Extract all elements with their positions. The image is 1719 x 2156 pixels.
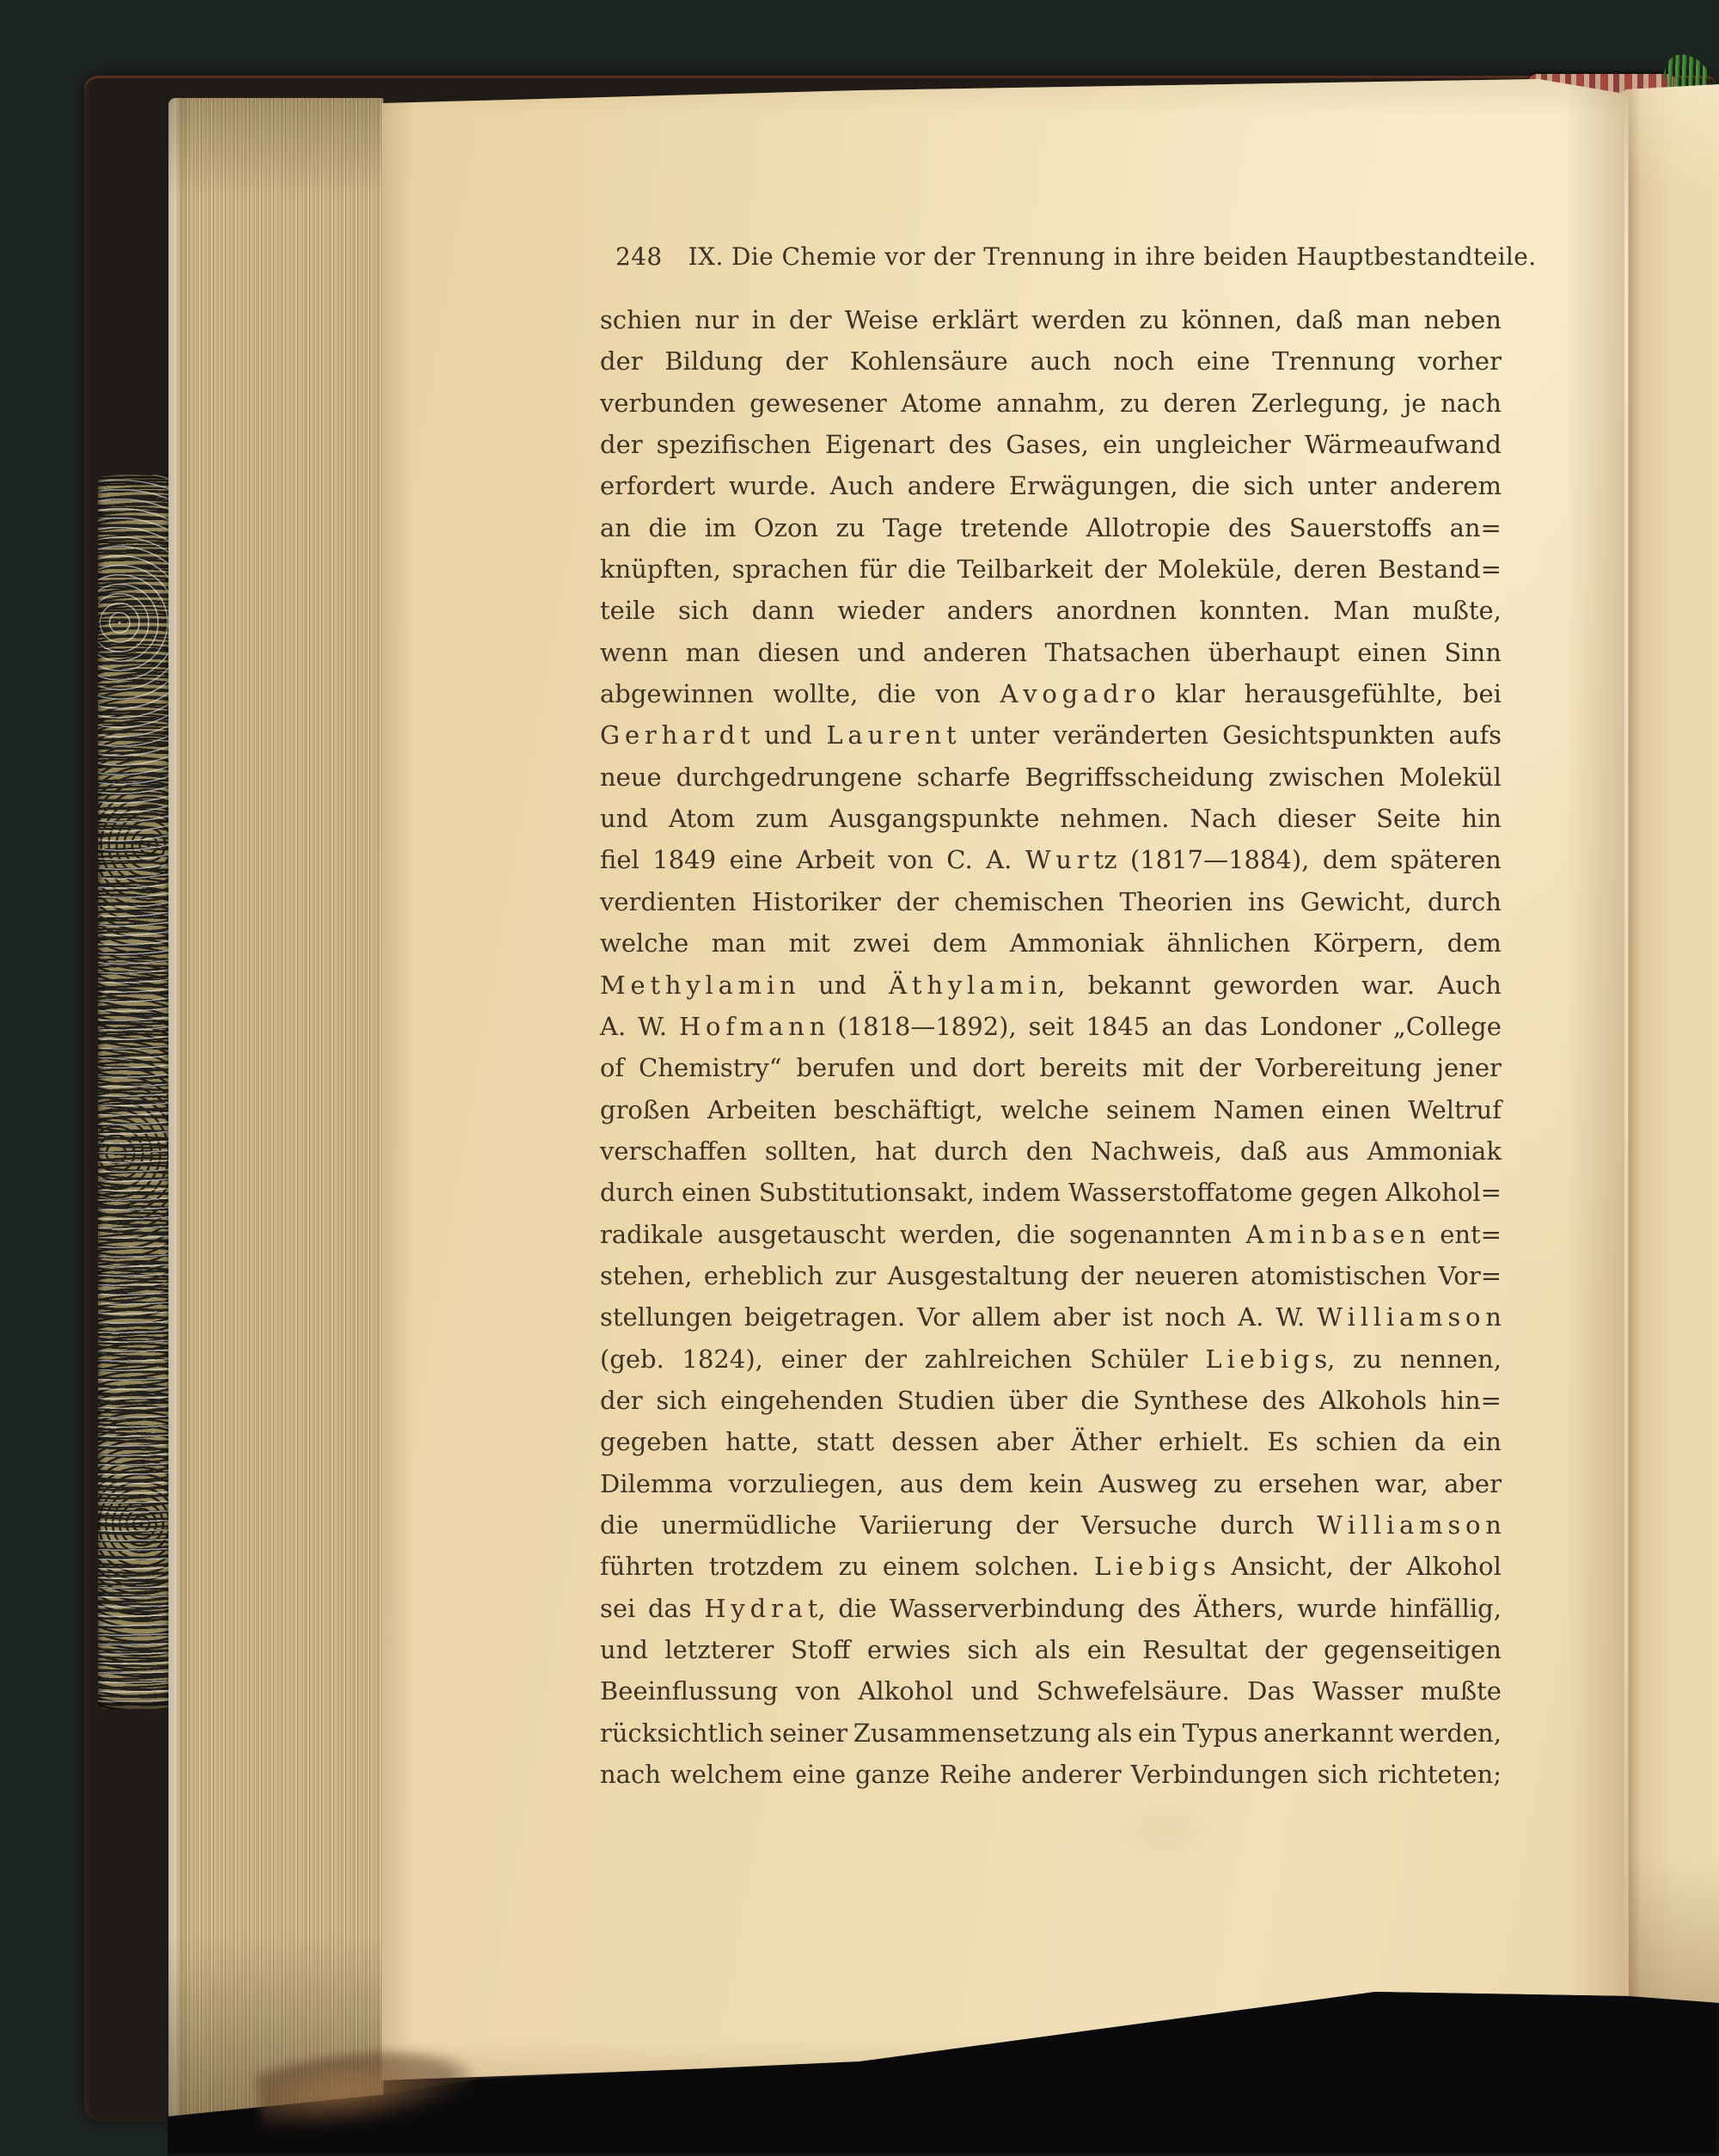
text-line: abgewinnenwollte,dievonA v o g a d r okl…	[600, 677, 1502, 718]
text-line: ofChemistry“berufenunddortbereitsmitderV…	[600, 1050, 1502, 1092]
text-line: durcheinenSubstitutionsakt,indemWasserst…	[600, 1175, 1502, 1216]
text-line: seidasH y d r a t,dieWasserverbindungdes…	[600, 1591, 1502, 1632]
page-edge-stack	[168, 98, 383, 2116]
text-line: derBildungderKohlensäureauchnocheineTren…	[600, 344, 1502, 385]
text-line: nachwelchemeineganzeReiheandererVerbindu…	[600, 1757, 1502, 1798]
text-line: G e r h a r d tundL a u r e n tunterverä…	[600, 718, 1502, 759]
text-line: neuedurchgedrungenescharfeBegriffsscheid…	[600, 760, 1502, 801]
running-header-title: IX. Die Chemie vor der Trennung in ihre …	[688, 242, 1537, 271]
text-line: stellungenbeigetragen.Vorallemaberistnoc…	[600, 1300, 1502, 1341]
text-line: (geb.1824),einerderzahlreichenSchülerL i…	[600, 1342, 1502, 1383]
book-scan-photo: 248 IX. Die Chemie vor der Trennung in i…	[0, 0, 1719, 2156]
text-line: dersicheingehendenStudienüberdieSynthese…	[600, 1383, 1502, 1424]
spine-marbled-paper	[98, 475, 170, 1709]
text-line: welchemanmitzweidemAmmoniakähnlichenKörp…	[600, 926, 1502, 967]
text-line: schiennurinderWeiseerklärtwerdenzukönnen…	[600, 303, 1502, 344]
text-line: A.W.H o f m a n n(1818—1892),seit1845and…	[600, 1009, 1502, 1050]
text-line: M e t h y l a m i nundÄ t h y l a m i n,…	[600, 968, 1502, 1009]
text-line: radikaleausgetauschtwerden,diesogenannte…	[600, 1217, 1502, 1259]
text-line: rücksichtlichseinerZusammensetzungalsein…	[600, 1716, 1502, 1757]
text-line: führtentrotzdemzueinemsolchen.L i e b i …	[600, 1549, 1502, 1590]
running-head: 248 IX. Die Chemie vor der Trennung in i…	[615, 242, 1537, 271]
text-line: verbundengewesenerAtomeannahm,zuderenZer…	[600, 386, 1502, 427]
text-line: Dilemmavorzuliegen,ausdemkeinAuswegzuers…	[600, 1467, 1502, 1508]
text-line: gegebenhatte,stattdessenaberÄthererhielt…	[600, 1424, 1502, 1466]
text-line: großenArbeitenbeschäftigt,welcheseinemNa…	[600, 1093, 1502, 1134]
text-line: dieunermüdlicheVariierungderVersuchedurc…	[600, 1508, 1502, 1549]
text-line: wennmandiesenundanderenThatsachenüberhau…	[600, 635, 1502, 677]
text-line: knüpften,sprachenfürdieTeilbarkeitderMol…	[600, 552, 1502, 593]
text-line: stehen,erheblichzurAusgestaltungderneuer…	[600, 1259, 1502, 1300]
text-line: erfordertwurde.AuchandereErwägungen,dies…	[600, 469, 1502, 510]
text-line: undAtomzumAusgangspunktenehmen.Nachdiese…	[600, 801, 1502, 842]
text-line: undletztererStofferwiessichalseinResulta…	[600, 1632, 1502, 1674]
text-line: teilesichdannwiederandersanordnenkonnten…	[600, 593, 1502, 634]
text-line: verschaffensollten,hatdurchdenNachweis,d…	[600, 1134, 1502, 1175]
text-line: verdientenHistorikerderchemischenTheorie…	[600, 885, 1502, 926]
text-line: fiel1849eineArbeitvonC.A.W u r tz(1817—1…	[600, 842, 1502, 884]
text-line: BeeinflussungvonAlkoholundSchwefelsäure.…	[600, 1674, 1502, 1715]
gutter-page-curve	[1625, 74, 1719, 2008]
book-page: 248 IX. Die Chemie vor der Trennung in i…	[382, 77, 1629, 2093]
text-line: andieimOzonzuTagetretendeAllotropiedesSa…	[600, 511, 1502, 552]
page-body-text: schiennurinderWeiseerklärtwerdenzukönnen…	[600, 303, 1502, 1798]
text-line: derspezifischenEigenartdesGases,einungle…	[600, 427, 1502, 469]
page-number: 248	[615, 242, 663, 271]
